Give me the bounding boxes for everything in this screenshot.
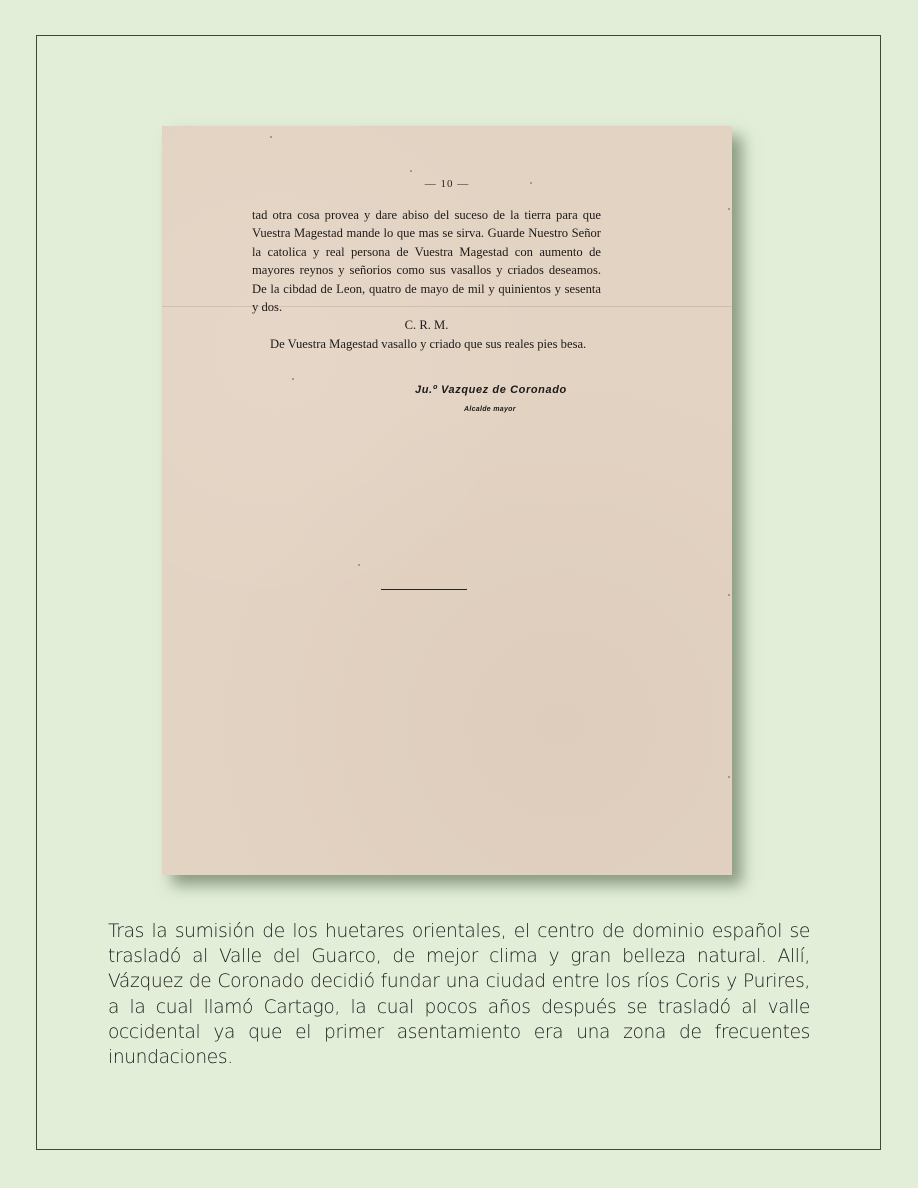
paper-speck [728,208,730,210]
letter-body: tad otra cosa provea y dare abiso del su… [252,206,601,353]
paper-speck [728,594,730,596]
paper-speck [270,136,272,138]
paper-speck [410,170,412,172]
letter-paragraph: tad otra cosa provea y dare abiso del su… [252,206,601,316]
paper-speck [292,378,294,380]
paper-speck [358,564,360,566]
letter-signature: Ju.º Vazquez de Coronado [415,384,567,396]
caption-paragraph: Tras la sumisión de los huetares orienta… [108,919,810,1070]
scanned-document-page: — 10 — tad otra cosa provea y dare abiso… [162,126,732,875]
signature-title: Alcalde mayor [464,406,516,413]
paper-speck [728,776,730,778]
letter-salutation: C. R. M. [252,316,601,334]
letter-closing: De Vuestra Magestad vasallo y criado que… [252,335,601,353]
end-rule [381,589,467,590]
scan-page-number: — 10 — [162,178,732,190]
